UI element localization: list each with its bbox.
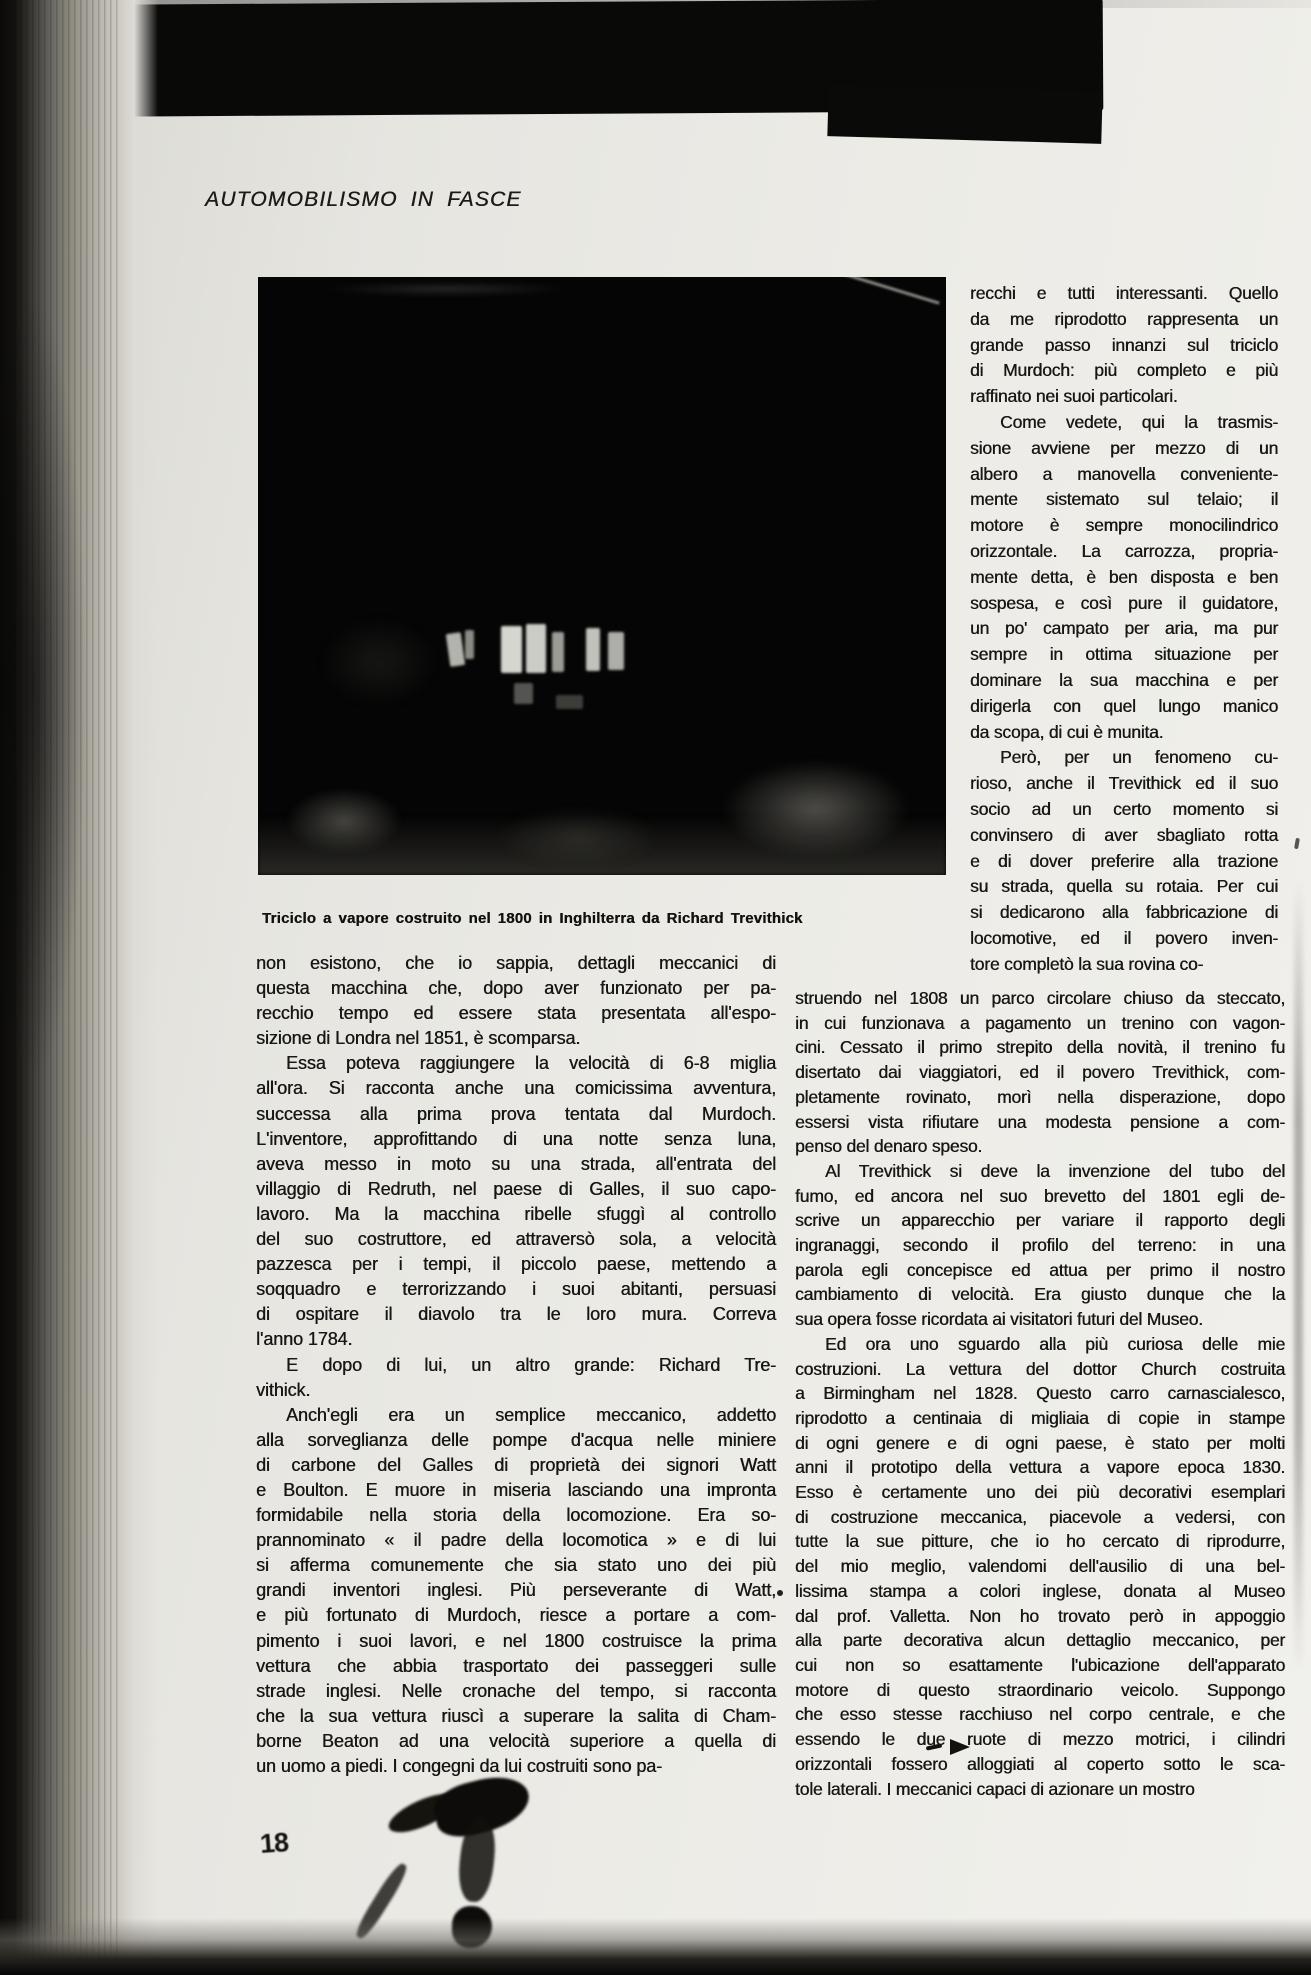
text-line: sempre in ottima situazione per (970, 642, 1278, 668)
arrow-tail (926, 1743, 942, 1750)
text-line: sua opera fosse ricordata ai visitatori … (795, 1307, 1285, 1332)
text-line: dominare la sua macchina e per (970, 668, 1278, 694)
text-line: struendo nel 1808 un parco circolare chi… (795, 986, 1285, 1011)
photo-bottom-shade (258, 815, 946, 875)
text-line: e più fortunato di Murdoch, riesce a por… (256, 1603, 776, 1628)
page-number: 18 (259, 1827, 289, 1860)
photo-highlight (608, 632, 624, 670)
scan-bottom-edge (0, 1918, 1311, 1975)
text-line: successa alla prima prova tentata dal Mu… (256, 1102, 776, 1127)
photo-caption: Triciclo a vapore costruito nel 1800 in … (262, 910, 887, 927)
text-line: rioso, anche il Trevithick ed il suo (970, 771, 1278, 797)
print-speck (777, 1590, 783, 1596)
text-line: vithick. (256, 1378, 776, 1403)
text-line: del suo costruttore, ed attraversò sola,… (256, 1227, 776, 1252)
photo-highlight (586, 628, 600, 671)
text-line: di ogni genere e di ogni paese, è stato … (795, 1431, 1285, 1456)
text-line: strade inglesi. Nelle cronache del tempo… (256, 1679, 776, 1704)
text-line: grande passo innanzi sul triciclo (970, 333, 1278, 359)
text-line: Esso è certamente uno dei più decorativi… (795, 1480, 1285, 1505)
text-line: locomotive, ed il povero inven- (970, 926, 1278, 952)
text-line: E dopo di lui, un altro grande: Richard … (256, 1353, 776, 1378)
photo-smudge (294, 597, 464, 727)
text-line: socio ad un certo momento si (970, 797, 1278, 823)
text-line: di carbone del Galles di proprietà dei s… (256, 1453, 776, 1478)
text-line: formidabile nella storia della locomozio… (256, 1503, 776, 1528)
text-line: e Boulton. E muore in miseria lasciando … (256, 1478, 776, 1503)
photo-highlight (446, 632, 465, 667)
text-line: dirigerla con quel lungo manico (970, 694, 1278, 720)
text-line: un po' campato per aria, ma pur (970, 616, 1278, 642)
scan-right-streak (1294, 880, 1303, 1670)
text-line: mente sistemato sul telaio; il (970, 487, 1278, 513)
text-line: in cui funzionava a pagamento un trenino… (795, 1011, 1285, 1036)
text-line: che la sua vettura riuscì a superare la … (256, 1704, 776, 1729)
text-line: recchi e tutti interessanti. Quello (970, 281, 1278, 307)
text-line: non esistono, che io sappia, dettagli me… (256, 951, 776, 976)
text-line: tore completò la sua rovina co- (970, 952, 1278, 978)
photo (258, 277, 946, 875)
text-line: prannominato « il padre della locomotica… (256, 1528, 776, 1553)
text-line: del mio meglio, valendomi dell'ausilio d… (795, 1554, 1285, 1579)
text-line: villaggio di Redruth, nel paese di Galle… (256, 1177, 776, 1202)
text-line: da me riprodotto rappresenta un (970, 307, 1278, 333)
text-line: questa macchina che, dopo aver funzionat… (256, 976, 776, 1001)
text-line: Essa poteva raggiungere la velocità di 6… (256, 1051, 776, 1076)
text-line: L'inventore, approfittando di una notte … (256, 1127, 776, 1152)
print-speck (1294, 838, 1300, 850)
photo-highlight (501, 626, 522, 673)
text-line: anni il prototipo della vettura a vapore… (795, 1455, 1285, 1480)
text-line: Ed ora uno sguardo alla più curiosa dell… (795, 1332, 1285, 1357)
text-line: alla sorveglianza delle pompe d'acqua ne… (256, 1428, 776, 1453)
text-line: alla parte decorativa alcun dettaglio me… (795, 1628, 1285, 1653)
article-header: AUTOMOBILISMO IN FASCE (205, 188, 625, 212)
text-line: sione avviene per mezzo di un (970, 436, 1278, 462)
text-line: Però, per un fenomeno cu- (970, 745, 1278, 771)
text-line: mente detta, è ben disposta e ben (970, 565, 1278, 591)
text-line: di Murdoch: più completo e più (970, 358, 1278, 384)
text-line: riprodotto a centinaia di migliaia di co… (795, 1406, 1285, 1431)
photo-highlight (552, 632, 564, 672)
text-line: parola egli concepisce ed attua per prim… (795, 1258, 1285, 1283)
text-line: Come vedete, qui la trasmis- (970, 410, 1278, 436)
photo-highlight (465, 630, 474, 659)
text-line: di ospitare il diavolo tra le loro mura.… (256, 1302, 776, 1327)
text-line: essendo le due ruote di mezzo motrici, i… (795, 1727, 1285, 1752)
text-line: costruzioni. La vettura del dottor Churc… (795, 1357, 1285, 1382)
arrow-right-icon (924, 1738, 970, 1756)
text-line: convinsero di aver sbagliato rotta (970, 823, 1278, 849)
text-line: a Birmingham nel 1828. Questo carro carn… (795, 1381, 1285, 1406)
text-line: albero a manovella conveniente- (970, 462, 1278, 488)
text-line: penso del denaro speso. (795, 1134, 1285, 1159)
text-line: si dedicarono alla fabbricazione di (970, 900, 1278, 926)
text-line: all'ora. Si racconta anche una comicissi… (256, 1076, 776, 1101)
text-line: orizzontali fossero alloggiati al copert… (795, 1752, 1285, 1777)
photo-highlight (556, 695, 583, 709)
text-line: aveva messo in moto su una strada, all'e… (256, 1152, 776, 1177)
text-line: pimento i suoi lavori, e nel 1800 costru… (256, 1629, 776, 1654)
text-line: che esso stesse racchiuso nel corpo cent… (795, 1702, 1285, 1727)
text-line: Al Trevithick si deve la invenzione del … (795, 1159, 1285, 1184)
photo-highlight (526, 624, 546, 673)
text-line: si afferma comunemente che sia stato uno… (256, 1553, 776, 1578)
arrow-head (950, 1739, 970, 1755)
text-line: vettura che abbia trasportato dei passeg… (256, 1654, 776, 1679)
text-line: motore di questo straordinario veicolo. … (795, 1678, 1285, 1703)
text-line: scrive un apparecchio per variare il rap… (795, 1208, 1285, 1233)
text-line: ingranaggi, secondo il profilo del terre… (795, 1233, 1285, 1258)
book-gutter-shadow-dark (0, 160, 150, 1260)
scan-black-notch (827, 84, 1102, 144)
text-line: grandi inventori inglesi. Più perseveran… (256, 1578, 776, 1603)
text-line: cini. Cessato il primo strepito della no… (795, 1035, 1285, 1060)
text-column-right-wide: struendo nel 1808 un parco circolare chi… (795, 986, 1285, 1801)
text-column-right-narrow: recchi e tutti interessanti. Quelloda me… (970, 281, 1278, 978)
text-line: lavoro. Ma la macchina ribelle sfuggì al… (256, 1202, 776, 1227)
text-line: motore è sempre monocilindrico (970, 513, 1278, 539)
text-line: dal prof. Valletta. Non ho trovato però … (795, 1604, 1285, 1629)
scanned-magazine-page: AUTOMOBILISMO IN FASCE Triciclo a vapore… (0, 0, 1311, 1975)
text-line: essersi vista rifiutare una modesta pens… (795, 1110, 1285, 1135)
text-line: Anch'egli era un semplice meccanico, add… (256, 1403, 776, 1428)
text-line: lissima stampa a colori inglese, donata … (795, 1579, 1285, 1604)
text-line: sizione di Londra nel 1851, è scomparsa. (256, 1026, 776, 1051)
text-line: pletamente rovinato, morì nella disperaz… (795, 1085, 1285, 1110)
text-line: cui non so esattamente l'ubicazione dell… (795, 1653, 1285, 1678)
text-line: di costruzione meccanica, piacevole a ve… (795, 1505, 1285, 1530)
text-line: disertato dai viaggiatori, ed il povero … (795, 1060, 1285, 1085)
text-line: soqquadro e terrorizzando i suoi abitant… (256, 1277, 776, 1302)
text-line: recchio tempo ed essere stata presentata… (256, 1001, 776, 1026)
text-line: tole laterali. I meccanici capaci di azi… (795, 1777, 1285, 1802)
text-line: pazzesca per i tempi, il piccolo paese, … (256, 1252, 776, 1277)
text-line: e di dover preferire alla trazione (970, 849, 1278, 875)
photo-highlight (514, 683, 533, 704)
photo-smudge (286, 281, 606, 297)
text-column-left: non esistono, che io sappia, dettagli me… (256, 951, 776, 1779)
text-line: l'anno 1784. (256, 1327, 776, 1352)
photo-scratch (816, 277, 939, 305)
text-line: sospesa, e così pure il guidatore, (970, 591, 1278, 617)
text-line: borne Beaton ad una velocità superiore a… (256, 1729, 776, 1754)
text-line: cambiamento di velocità. Era giusto dunq… (795, 1282, 1285, 1307)
text-line: da scopa, di cui è munita. (970, 720, 1278, 746)
text-line: orizzontale. La carrozza, propria- (970, 539, 1278, 565)
text-line: raffinato nei suoi particolari. (970, 384, 1278, 410)
text-line: su strada, quella su rotaia. Per cui (970, 874, 1278, 900)
text-line: tutte la sue pitture, che io ho cercato … (795, 1529, 1285, 1554)
text-line: fumo, ed ancora nel suo brevetto del 180… (795, 1184, 1285, 1209)
